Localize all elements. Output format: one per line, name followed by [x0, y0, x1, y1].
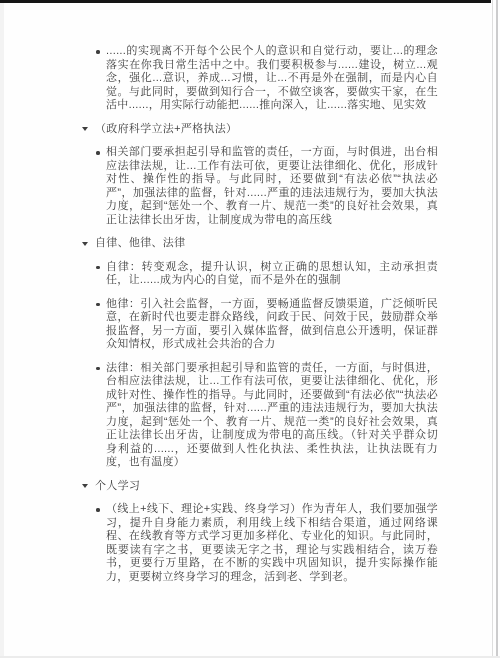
toggle-triangle-icon[interactable]	[82, 237, 95, 246]
outline-item-text: 自律：转变观念，提升认识，树立正确的思想认知，主动承担责任，让......成为内…	[106, 261, 438, 288]
bullet-dot-icon	[96, 362, 106, 371]
top-bar	[0, 0, 491, 3]
outline-item: 个人学习	[0, 480, 492, 494]
outline-item-text: （政府科学立法+严格执法）	[95, 123, 447, 137]
bullet-dot-icon	[96, 298, 106, 307]
outline-item-text: 自律、他律、法律	[95, 237, 447, 251]
outline-item: 他律：引入社会监督，一方面，要畅通监督反馈渠道，广泛倾听民意，在新时代也要走群众…	[0, 298, 492, 352]
scrollbar-track[interactable]	[496, 0, 498, 658]
bullet-dot-icon	[96, 503, 106, 512]
outline-item: （政府科学立法+严格执法）	[0, 123, 492, 137]
outline-item: （线上+线下、理论+实践、终身学习）作为青年人，我们要加强学习，提升自身能力素质…	[0, 503, 492, 584]
outline-item: 相关部门要承担起引导和监管的责任，一方面，与时俱进，出台相应法律法规，让...工…	[0, 146, 492, 227]
outline-item-text: ......的实现离不开每个公民个人的意识和自觉行动，要让...的理念落实在你我…	[106, 45, 438, 113]
page-edge-line	[492, 0, 493, 658]
toggle-triangle-icon[interactable]	[82, 123, 95, 132]
outline-item: ......的实现离不开每个公民个人的意识和自觉行动，要让...的理念落实在你我…	[0, 45, 492, 113]
toggle-triangle-icon[interactable]	[82, 480, 95, 489]
outline-item: 自律：转变观念，提升认识，树立正确的思想认知，主动承担责任，让......成为内…	[0, 261, 492, 288]
outline-item-text: 他律：引入社会监督，一方面，要畅通监督反馈渠道，广泛倾听民意，在新时代也要走群众…	[106, 298, 438, 352]
bullet-dot-icon	[96, 146, 106, 155]
document-page: ......的实现离不开每个公民个人的意识和自觉行动，要让...的理念落实在你我…	[0, 0, 500, 658]
outline-list: ......的实现离不开每个公民个人的意识和自觉行动，要让...的理念落实在你我…	[0, 45, 492, 594]
outline-item-text: 相关部门要承担起引导和监管的责任，一方面，与时俱进，出台相应法律法规，让...工…	[106, 146, 438, 227]
outline-item-text: 个人学习	[95, 480, 447, 494]
outline-item: 法律：相关部门要承担起引导和监管的责任，一方面，与时俱进，台相应法律法规，让..…	[0, 362, 492, 470]
bullet-dot-icon	[96, 261, 106, 270]
outline-item-text: （线上+线下、理论+实践、终身学习）作为青年人，我们要加强学习，提升自身能力素质…	[106, 503, 438, 584]
outline-item: 自律、他律、法律	[0, 237, 492, 251]
bullet-dot-icon	[96, 45, 106, 54]
outline-item-text: 法律：相关部门要承担起引导和监管的责任，一方面，与时俱进，台相应法律法规，让..…	[106, 362, 438, 470]
